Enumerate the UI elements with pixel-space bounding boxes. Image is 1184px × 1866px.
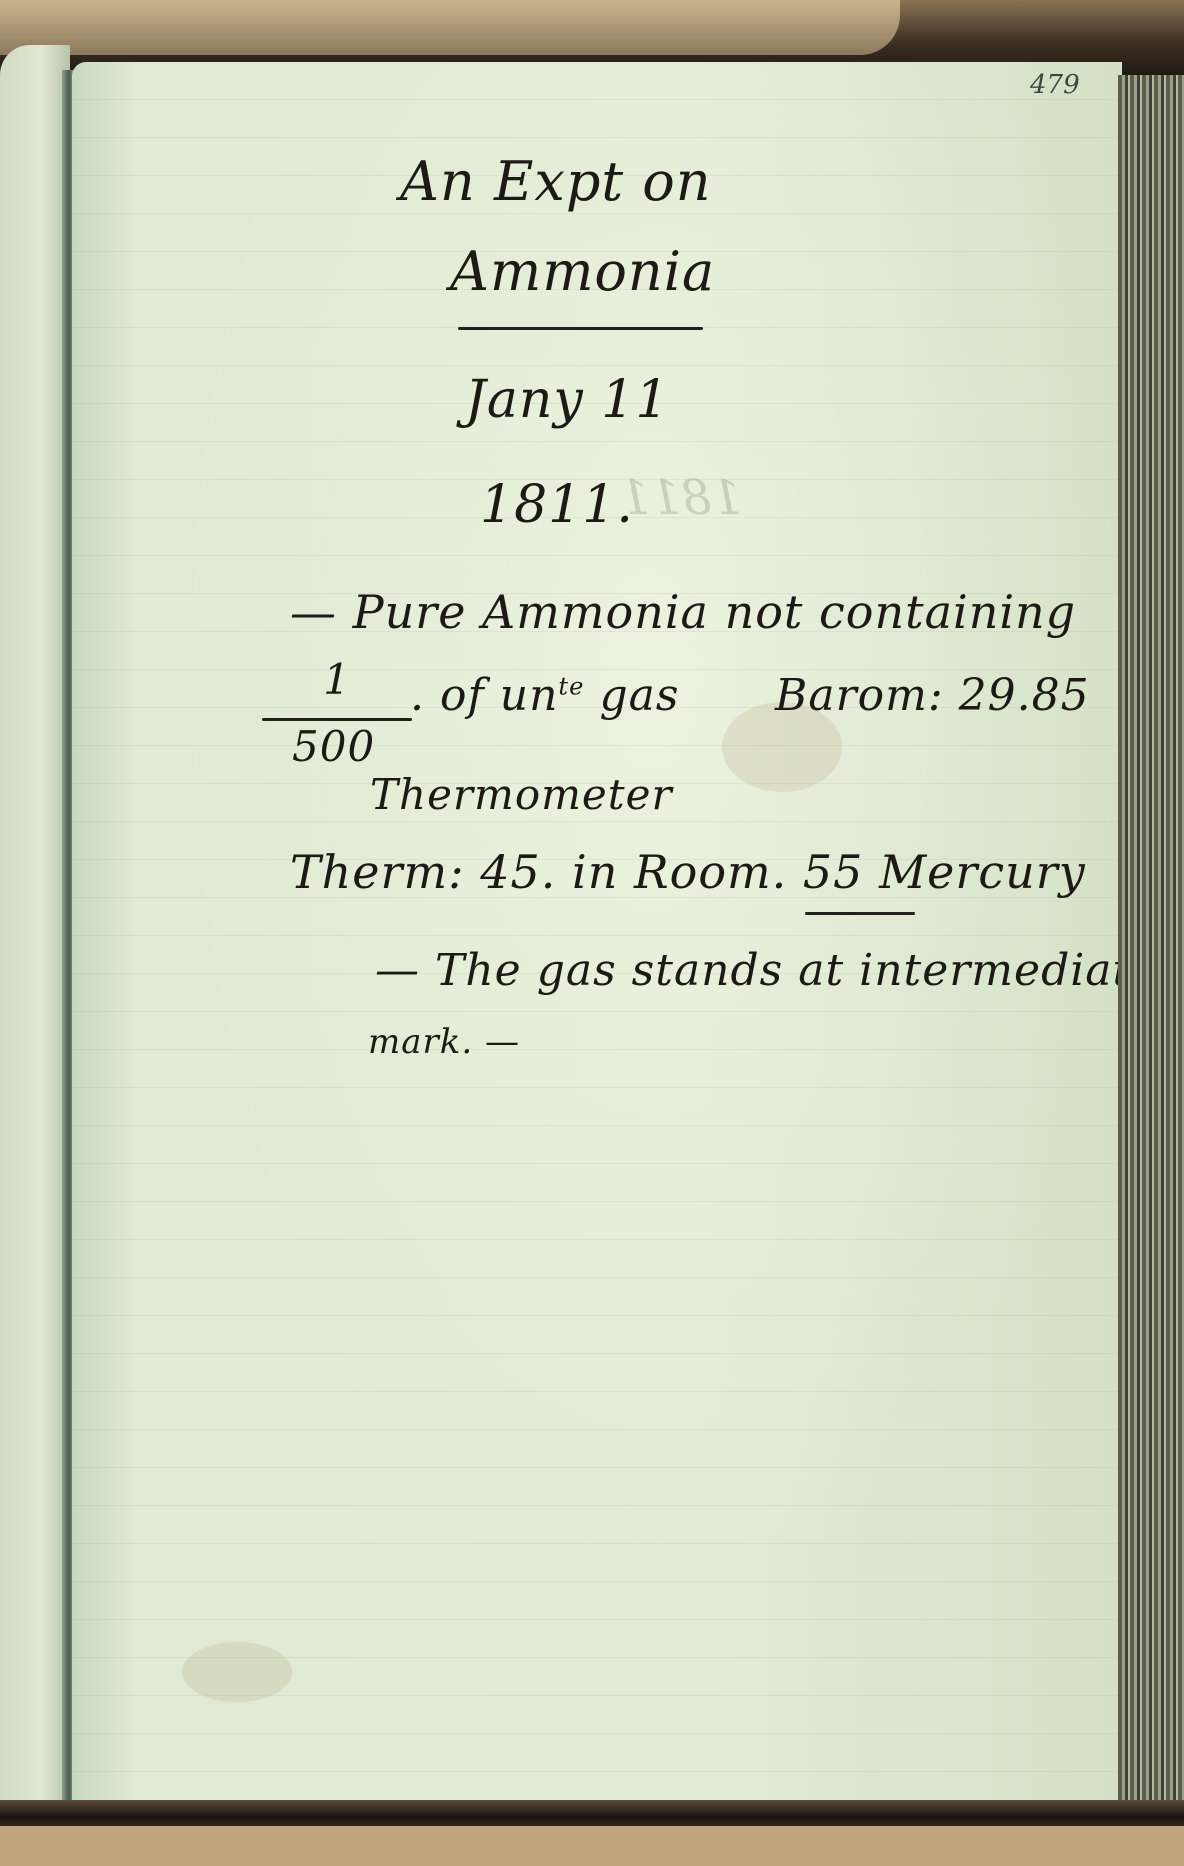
bottom-shadow <box>0 1800 1184 1828</box>
title-line-2: Ammonia <box>450 240 715 303</box>
fraction-numerator: 1 <box>262 655 412 704</box>
room-value: 55 <box>803 845 864 899</box>
therm-value: 45. <box>480 845 556 899</box>
barometer-reading: Barom: 29.85 <box>775 670 1090 721</box>
therm-label: Therm: <box>290 845 465 899</box>
year-line: 1811. <box>480 475 634 535</box>
dash: — <box>290 585 337 639</box>
page-number: 479 <box>1030 70 1080 100</box>
temperature-reading: Therm: 45. in Room. 55 Mercury <box>290 845 1086 899</box>
entry-mark: mark. — <box>368 1022 520 1062</box>
entry-text: The gas stands at intermediate <box>435 945 1158 996</box>
barometer-value: 29.85 <box>959 670 1090 721</box>
entry-pure-ammonia: — Pure Ammonia not containing <box>290 585 1076 639</box>
room-label: in Room. <box>572 845 787 899</box>
notebook-page <box>72 62 1122 1802</box>
entry-unabsorbed-gas: . of unte gas <box>410 670 679 721</box>
barometer-label: Barom: <box>775 670 944 721</box>
fraction-bar <box>262 718 412 721</box>
mercury-label: Mercury <box>879 845 1086 899</box>
left-page <box>0 45 70 1825</box>
entry-text-after: gas <box>584 670 679 721</box>
entry-gas-stands: — The gas stands at intermediate <box>375 945 1158 996</box>
ruled-lines <box>72 62 1122 1802</box>
table-surface <box>0 1826 1184 1866</box>
title-line-1: An Expt on <box>400 150 712 213</box>
fraction-denominator: 500 <box>292 722 375 771</box>
thermometer-heading: Thermometer <box>370 770 673 819</box>
mercury-underline <box>805 912 915 915</box>
superscript: te <box>558 672 584 700</box>
dash: — <box>375 945 420 996</box>
fore-edge <box>1118 75 1184 1800</box>
title-underline <box>458 327 703 330</box>
fraction: 1 <box>262 655 412 704</box>
entry-text: . of un <box>410 670 558 721</box>
bleed-through-year: 1811 <box>620 470 742 526</box>
entry-text: Pure Ammonia not containing <box>353 585 1077 639</box>
date-line: Jany 11 <box>465 370 669 430</box>
top-page-edge <box>0 0 900 55</box>
foxing-stain <box>182 1642 292 1702</box>
